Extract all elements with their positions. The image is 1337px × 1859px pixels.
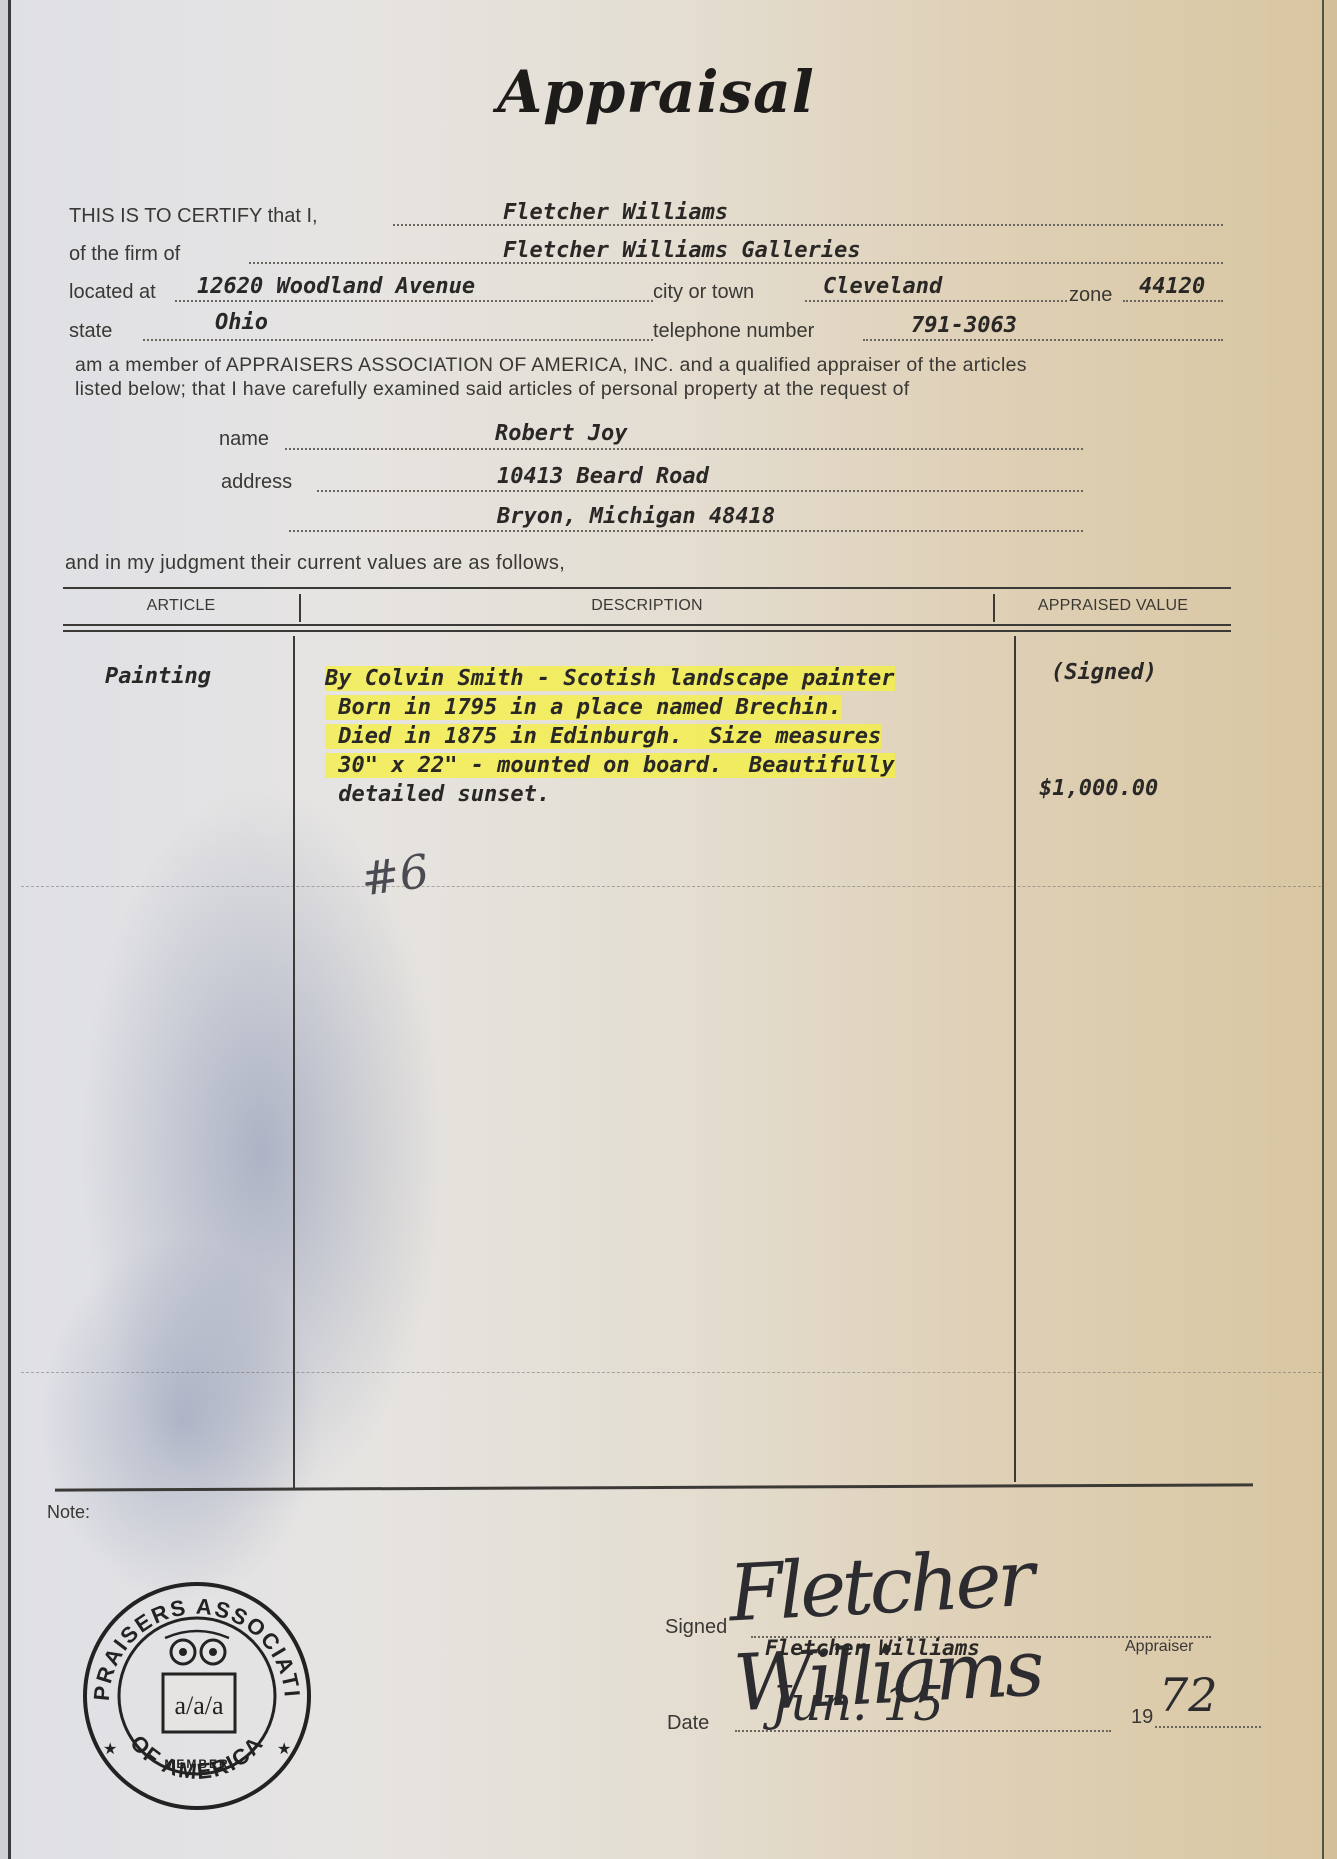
firm-name-value: Fletcher Williams Galleries bbox=[503, 238, 861, 263]
page-right-edge bbox=[1322, 0, 1324, 1859]
date-label: Date bbox=[667, 1712, 709, 1735]
description-line: By Colvin Smith - Scotish landscape pain… bbox=[325, 666, 895, 691]
certify-label: THIS IS TO CERTIFY that I, bbox=[69, 205, 318, 228]
header-description: DESCRIPTION bbox=[301, 597, 993, 615]
article-value: Painting bbox=[105, 664, 211, 689]
svg-text:★: ★ bbox=[277, 1741, 291, 1758]
membership-text-line2: listed below; that I have carefully exam… bbox=[75, 378, 909, 401]
header-appraised-value: APPRAISED VALUE bbox=[995, 597, 1231, 615]
city-label: city or town bbox=[653, 281, 754, 304]
firm-label: of the firm of bbox=[69, 243, 180, 266]
table-top-rule bbox=[63, 587, 1231, 589]
client-address-line1: 10413 Beard Road bbox=[497, 464, 709, 489]
description-line: 30" x 22" - mounted on board. Beautifull… bbox=[325, 753, 895, 778]
client-address2-dotted-line bbox=[289, 530, 1083, 532]
note-label: Note: bbox=[47, 1502, 90, 1523]
svg-text:★: ★ bbox=[103, 1741, 117, 1758]
seal-member-text: MEMBER bbox=[164, 1757, 229, 1771]
appraiser-name-value: Fletcher Williams bbox=[503, 200, 728, 225]
table-header-rule-1 bbox=[63, 624, 1231, 626]
client-address-label: address bbox=[221, 471, 292, 494]
client-name-value: Robert Joy bbox=[495, 421, 627, 446]
seal-center-text: a/a/a bbox=[174, 1691, 224, 1720]
appraisal-document: Appraisal THIS IS TO CERTIFY that I, Fle… bbox=[8, 0, 1323, 1859]
table-header-rule-2 bbox=[63, 630, 1231, 632]
zone-label: zone bbox=[1069, 284, 1112, 307]
client-name-dotted-line bbox=[285, 448, 1083, 450]
column-divider-2 bbox=[1014, 636, 1016, 1482]
year-dotted-line bbox=[1155, 1726, 1261, 1728]
year-prefix: 19 bbox=[1131, 1706, 1153, 1729]
judgment-text: and in my judgment their current values … bbox=[65, 552, 565, 575]
zone-value: 44120 bbox=[1139, 274, 1205, 299]
telephone-label: telephone number bbox=[653, 320, 814, 343]
state-label: state bbox=[69, 320, 112, 343]
client-name-label: name bbox=[219, 428, 269, 451]
table-bottom-rule bbox=[55, 1483, 1253, 1491]
signed-note: (Signed) bbox=[1051, 660, 1157, 685]
document-title: Appraisal bbox=[11, 58, 1301, 126]
column-divider-1 bbox=[293, 636, 295, 1488]
handwritten-item-number: #6 bbox=[358, 844, 433, 907]
city-dotted-line bbox=[805, 300, 1067, 302]
city-value: Cleveland bbox=[823, 274, 942, 299]
located-dotted-line bbox=[175, 300, 653, 302]
telephone-dotted-line bbox=[863, 339, 1223, 341]
client-address-line2: Bryon, Michigan 48418 bbox=[497, 504, 775, 529]
description-line: Died in 1875 in Edinburgh. Size measures bbox=[325, 724, 881, 749]
description-line: detailed sunset. bbox=[325, 782, 550, 807]
state-dotted-line bbox=[143, 339, 653, 341]
header-article: ARTICLE bbox=[63, 597, 299, 615]
state-value: Ohio bbox=[215, 310, 268, 335]
street-address-value: 12620 Woodland Avenue bbox=[197, 274, 475, 299]
client-address-dotted-line bbox=[317, 490, 1083, 492]
faint-line-1 bbox=[21, 886, 1321, 888]
appraiser-role-label: Appraiser bbox=[1125, 1638, 1193, 1656]
description-line: Born in 1795 in a place named Brechin. bbox=[325, 695, 842, 720]
handwritten-year: 72 bbox=[1159, 1668, 1218, 1722]
signed-label: Signed bbox=[665, 1616, 727, 1639]
telephone-value: 791-3063 bbox=[911, 313, 1017, 338]
faint-line-2 bbox=[21, 1372, 1321, 1374]
description-cell: By Colvin Smith - Scotish landscape pain… bbox=[325, 664, 895, 809]
aaa-member-seal-icon: APPRAISERS ASSOCIATION OF AMERICA ★ ★ a/… bbox=[79, 1572, 315, 1816]
typed-appraiser-name: Fletcher Williams bbox=[765, 1636, 980, 1660]
appraised-value: $1,000.00 bbox=[1039, 776, 1158, 801]
handwritten-date: Jun. 15 bbox=[771, 1676, 944, 1732]
located-label: located at bbox=[69, 281, 156, 304]
zone-dotted-line bbox=[1123, 300, 1223, 302]
membership-text-line1: am a member of APPRAISERS ASSOCIATION OF… bbox=[75, 354, 1027, 377]
